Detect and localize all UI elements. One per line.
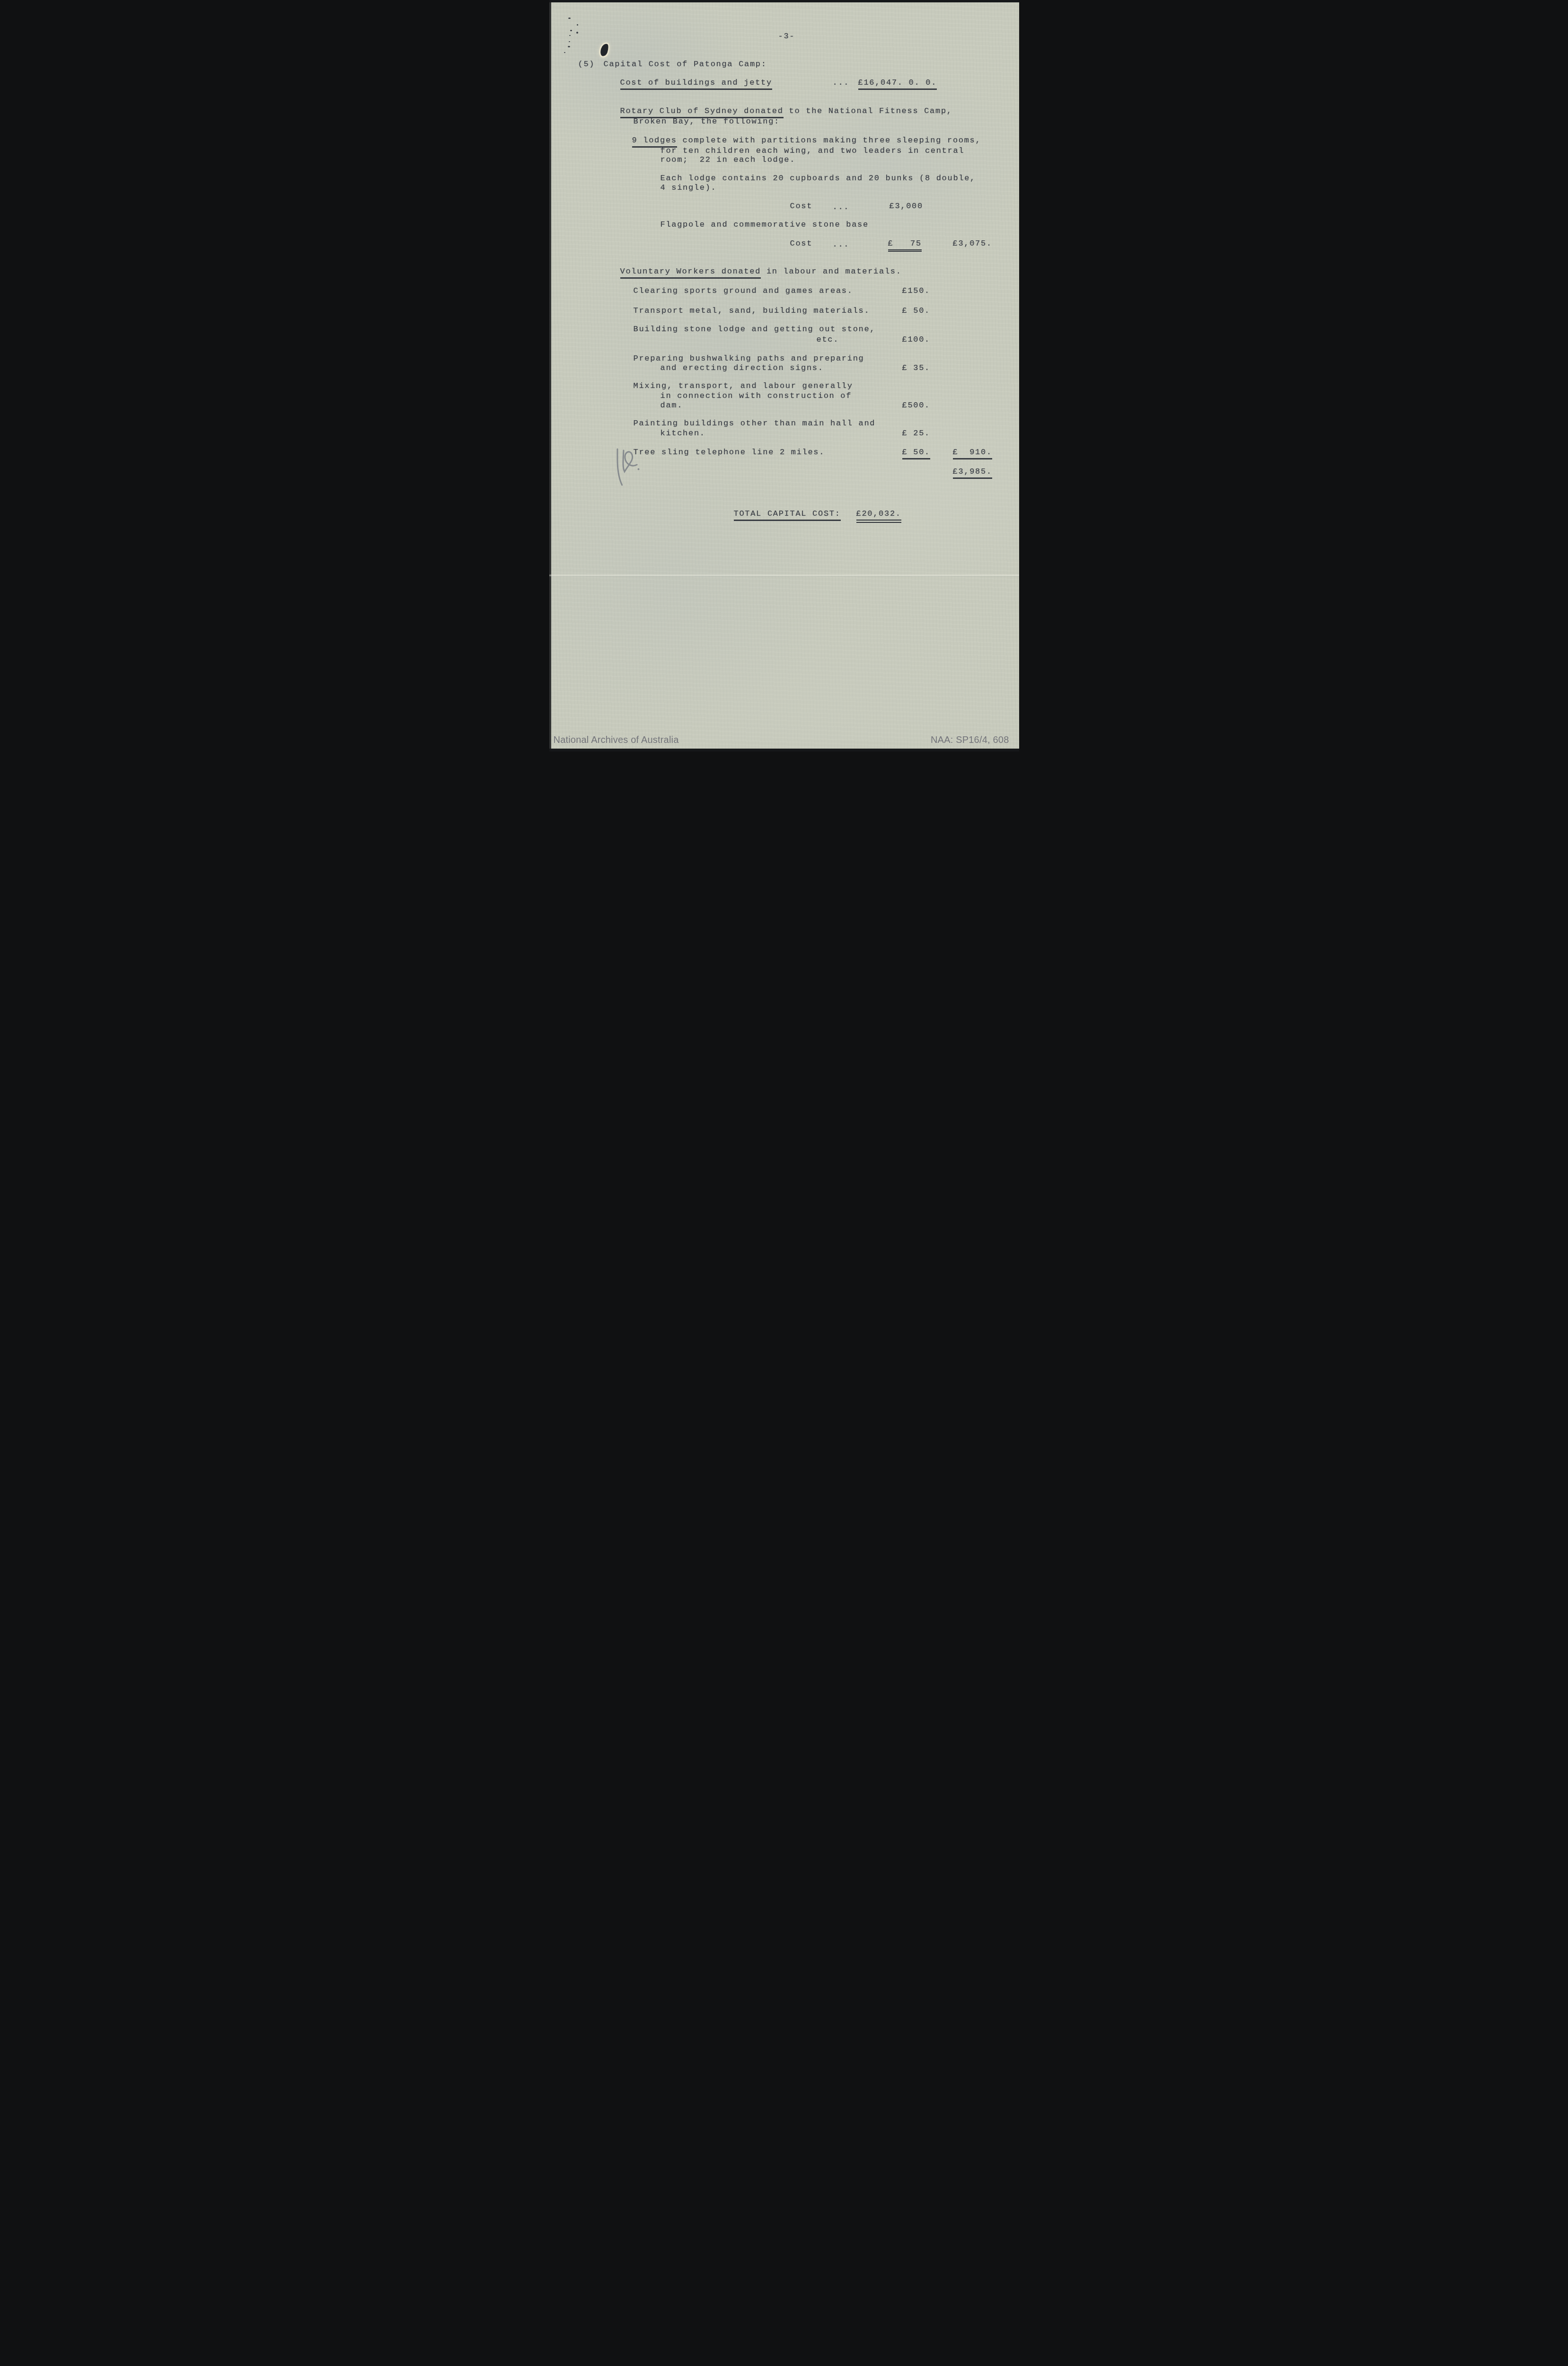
item-stone-label-line2: etc. [817, 336, 839, 344]
item-telephone-subtotal: £ 910. [953, 449, 992, 457]
paper-speckle [570, 30, 572, 31]
buildings-dots: ... [833, 79, 850, 87]
paper-speckle [576, 32, 578, 34]
paper-speckle [568, 18, 571, 19]
cost1-dots: ... [833, 203, 850, 212]
paper-speckle [568, 46, 570, 47]
page-number: -3- [778, 33, 795, 41]
item-dam-amount: £500. [902, 402, 931, 410]
item-transport-amount: £ 50. [902, 307, 931, 315]
total-amount: £20,032. [856, 510, 901, 518]
item-paths-amount: £ 35. [902, 364, 931, 372]
item-dam-label-line1: Mixing, transport, and labour generally [634, 382, 853, 390]
buildings-label: Cost of buildings and jetty [620, 79, 772, 87]
cost2-amount: £ 75 [888, 240, 922, 248]
archive-watermark-left: National Archives of Australia [554, 735, 679, 746]
item-stone-amount: £100. [902, 336, 931, 344]
flagpole-line: Flagpole and commemorative stone base [661, 221, 869, 229]
archive-reference-right: NAA: SP16/4, 608 [931, 735, 1009, 746]
item-paths-label-line1: Preparing bushwalking paths and preparin… [634, 355, 864, 363]
lodges-line1: 9 lodges complete with partitions making… [632, 137, 981, 145]
cost1-label: Cost [790, 203, 813, 211]
cost1-amount: £3,000 [890, 203, 923, 211]
item-clearing-amount: £150. [902, 287, 931, 295]
lodges-line2: for ten children each wing, and two lead… [661, 147, 965, 155]
voluntary-heading: Voluntary Workers donated in labour and … [620, 268, 902, 276]
rotary-heading-line2: Broken Bay, the following: [634, 118, 780, 126]
scan-edge-top [549, 0, 1019, 2]
rotary-heading: Rotary Club of Sydney donated to the Nat… [620, 107, 952, 115]
paper-speckle [577, 24, 578, 26]
voluntary-subtotal: £3,985. [953, 468, 992, 476]
section-title: Capital Cost of Patonga Camp: [604, 61, 767, 69]
each-lodge-line2: 4 single). [661, 184, 717, 192]
paper-speckle [569, 41, 570, 42]
total-label: TOTAL CAPITAL COST: [734, 510, 841, 518]
item-paths-label-line2: and erecting direction signs. [661, 364, 824, 372]
cost2-label: Cost [790, 240, 813, 248]
item-painting-amount: £ 25. [902, 430, 931, 438]
cost2-dots: ... [833, 241, 850, 249]
ink-blot-paper-tear [599, 43, 609, 57]
paper-speckle [569, 35, 571, 36]
item-clearing-label: Clearing sports ground and games areas. [634, 287, 853, 295]
item-painting-label-line1: Painting buildings other than main hall … [634, 420, 876, 428]
fold-crease [549, 574, 1019, 577]
scan-edge-bottom [549, 749, 1019, 751]
each-lodge-line1: Each lodge contains 20 cupboards and 20 … [661, 175, 976, 183]
lodges-line3: room; 22 in each lodge. [661, 156, 796, 164]
item-dam-label-line2: in connection with construction of [661, 392, 852, 400]
item-telephone-amount: £ 50. [902, 449, 931, 457]
buildings-amount: £16,047. 0. 0. [858, 79, 937, 87]
item-telephone-label: Tree sling telephone line 2 miles. [634, 449, 825, 457]
item-painting-label-line2: kitchen. [661, 430, 705, 438]
item-dam-label-line3: dam. [661, 402, 683, 410]
paper-speckle [564, 52, 565, 53]
item-transport-label: Transport metal, sand, building material… [634, 307, 870, 315]
scanned-document-page: -3- (5) Capital Cost of Patonga Camp: Co… [549, 0, 1019, 751]
item-stone-label-line1: Building stone lodge and getting out sto… [634, 326, 876, 334]
section-index: (5) [578, 61, 595, 69]
cost2-subtotal: £3,075. [953, 240, 992, 248]
scan-edge-left [549, 0, 551, 751]
